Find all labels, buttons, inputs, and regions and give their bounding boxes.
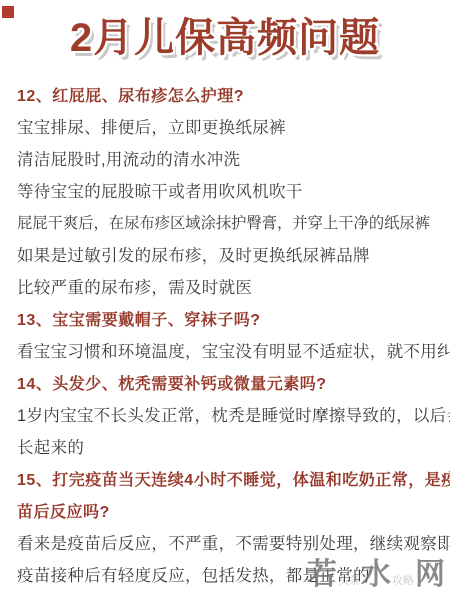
question-heading-14: 14、头发少、枕秃需要补钙或微量元素吗? bbox=[17, 366, 436, 398]
question-heading-15-continued: 苗后反应吗? bbox=[17, 494, 436, 526]
watermark: 若 头条 水 攻略 网 bbox=[307, 558, 445, 592]
faq-list: 12、红屁屁、尿布疹怎么护理? 宝宝排尿、排便后，立即更换纸尿裤 清洁屁股时,用… bbox=[0, 78, 450, 590]
question-heading-13: 13、宝宝需要戴帽子、穿袜子吗? bbox=[17, 302, 436, 334]
answer-line: 屁屁干爽后，在尿布疹区域涂抹护臀膏，并穿上干净的纸尿裤 bbox=[17, 206, 436, 238]
answer-line: 看宝宝习惯和环境温度，宝宝没有明显不适症状，就不用纠结 bbox=[17, 334, 436, 366]
page: 2月儿保高频问题 12、红屁屁、尿布疹怎么护理? 宝宝排尿、排便后，立即更换纸尿… bbox=[0, 0, 450, 600]
question-heading-12: 12、红屁屁、尿布疹怎么护理? bbox=[17, 78, 436, 110]
answer-line: 清洁屁股时,用流动的清水冲洗 bbox=[17, 142, 436, 174]
answer-line: 宝宝排尿、排便后，立即更换纸尿裤 bbox=[17, 110, 436, 142]
answer-line: 等待宝宝的屁股晾干或者用吹风机吹干 bbox=[17, 174, 436, 206]
answer-line: 如果是过敏引发的尿布疹，及时更换纸尿裤品牌 bbox=[17, 238, 436, 270]
watermark-small-text: 攻略 bbox=[392, 572, 414, 588]
watermark-char: 若 bbox=[307, 558, 337, 592]
corner-red-mark bbox=[2, 6, 14, 18]
answer-line: 1岁内宝宝不长头发正常，枕秃是睡觉时摩擦导致的，以后会 bbox=[17, 398, 436, 430]
answer-line: 看来是疫苗后反应，不严重，不需要特别处理，继续观察即可 bbox=[17, 526, 436, 558]
page-title: 2月儿保高频问题 bbox=[10, 12, 440, 64]
question-heading-15: 15、打完疫苗当天连续4小时不睡觉，体温和吃奶正常，是疫 bbox=[17, 462, 436, 494]
answer-line: 比较严重的尿布疹，需及时就医 bbox=[17, 270, 436, 302]
watermark-char: 网 bbox=[415, 558, 445, 592]
answer-line: 长起来的 bbox=[17, 430, 436, 462]
watermark-char: 水 bbox=[361, 558, 391, 592]
watermark-small-text: 头条 bbox=[338, 572, 360, 588]
